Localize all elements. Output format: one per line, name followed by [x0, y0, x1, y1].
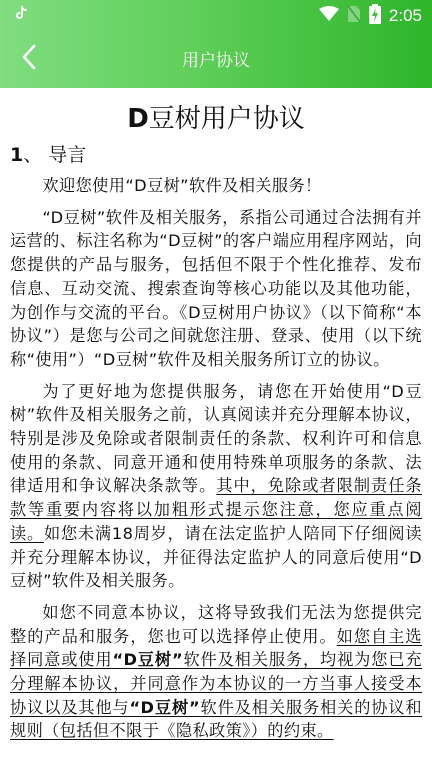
section-separator: 、: [23, 144, 42, 166]
section-number: 1: [10, 144, 23, 166]
tiktok-icon: [16, 6, 28, 24]
app-name-bold: “D豆树”: [112, 650, 183, 669]
paragraph-welcome: 欢迎您使用“D豆树”软件及相关服务！: [10, 174, 422, 198]
status-icons: 2:05: [319, 4, 422, 28]
battery-charging-icon: [369, 4, 381, 28]
paragraph-consent: 如您不同意本协议，这将导致我们无法为您提供完整的产品和服务，您也可以选择停止使用…: [10, 601, 422, 743]
document-title: D豆树用户协议: [10, 100, 422, 138]
app-header: 2:05 用户协议: [0, 0, 432, 88]
section-heading-text: 导言: [48, 144, 86, 166]
no-sim-icon: [347, 5, 361, 27]
minor-notice-text: 如您未满18周岁，请在法定监护人陪同下仔细阅读并充分理解本协议，并征得法定监护人…: [10, 524, 422, 590]
paragraph-reading-notice: 为了更好地为您提供服务，请您在开始使用“D豆树”软件及相关服务之前，认真阅读并充…: [10, 380, 422, 593]
agreement-content[interactable]: D豆树用户协议 1、 导言 欢迎您使用“D豆树”软件及相关服务！ “D豆树”软件…: [0, 88, 432, 751]
navigation-bar: 用户协议: [0, 30, 432, 88]
section-heading: 1、 导言: [10, 140, 422, 170]
document-title-prefix: D: [127, 104, 149, 134]
status-bar: 2:05: [0, 0, 432, 30]
clock: 2:05: [389, 6, 422, 26]
page-title: 用户协议: [0, 46, 432, 71]
paragraph-definition: “D豆树”软件及相关服务，系指公司通过合法拥有并运营的、标注名称为“D豆树”的客…: [10, 206, 422, 372]
app-name-bold: “D豆树”: [130, 698, 201, 717]
wifi-icon: [319, 6, 339, 26]
document-title-text: 豆树用户协议: [149, 104, 305, 134]
